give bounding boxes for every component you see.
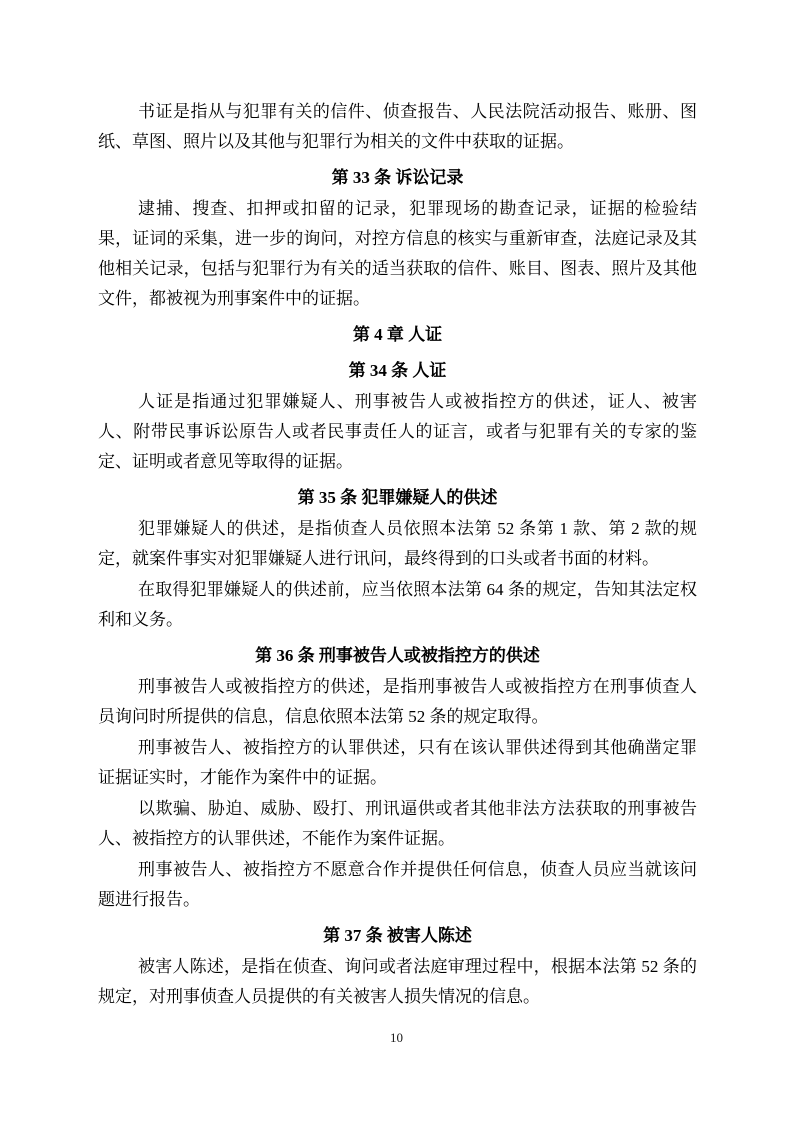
article-33-heading: 第 33 条 诉讼记录: [98, 163, 697, 193]
article-34-heading: 第 34 条 人证: [98, 356, 697, 386]
paragraph-defendant-statement-3: 以欺骗、胁迫、威胁、殴打、刑讯逼供或者其他非法方法获取的刑事被告人、被指控方的认…: [98, 794, 697, 854]
paragraph-defendant-statement-1: 刑事被告人或被指控方的供述，是指刑事被告人或被指控方在刑事侦查人员询问时所提供的…: [98, 672, 697, 732]
article-37-heading: 第 37 条 被害人陈述: [98, 921, 697, 951]
article-36-heading: 第 36 条 刑事被告人或被指控方的供述: [98, 641, 697, 671]
article-35-heading: 第 35 条 犯罪嫌疑人的供述: [98, 483, 697, 513]
paragraph-witness-evidence: 人证是指通过犯罪嫌疑人、刑事被告人或被指控方的供述，证人、被害人、附带民事诉讼原…: [98, 387, 697, 477]
paragraph-victim-statement: 被害人陈述，是指在侦查、询问或者法庭审理过程中，根据本法第 52 条的规定，对刑…: [98, 952, 697, 1012]
paragraph-defendant-statement-2: 刑事被告人、被指控方的认罪供述，只有在该认罪供述得到其他确凿定罪证据证实时，才能…: [98, 733, 697, 793]
paragraph-documentary-evidence: 书证是指从与犯罪有关的信件、侦查报告、人民法院活动报告、账册、图纸、草图、照片以…: [98, 97, 697, 157]
document-body: 书证是指从与犯罪有关的信件、侦查报告、人民法院活动报告、账册、图纸、草图、照片以…: [98, 97, 697, 1013]
paragraph-litigation-records: 逮捕、搜查、扣押或扣留的记录，犯罪现场的勘查记录，证据的检验结果，证词的采集，进…: [98, 194, 697, 314]
paragraph-suspect-statement-2: 在取得犯罪嫌疑人的供述前，应当依照本法第 64 条的规定，告知其法定权利和义务。: [98, 575, 697, 635]
page-number: 10: [0, 1030, 793, 1046]
document-page: 书证是指从与犯罪有关的信件、侦查报告、人民法院活动报告、账册、图纸、草图、照片以…: [0, 0, 793, 1122]
chapter-4-heading: 第 4 章 人证: [98, 320, 697, 350]
paragraph-defendant-statement-4: 刑事被告人、被指控方不愿意合作并提供任何信息，侦查人员应当就该问题进行报告。: [98, 855, 697, 915]
paragraph-suspect-statement-1: 犯罪嫌疑人的供述，是指侦查人员依照本法第 52 条第 1 款、第 2 款的规定，…: [98, 514, 697, 574]
